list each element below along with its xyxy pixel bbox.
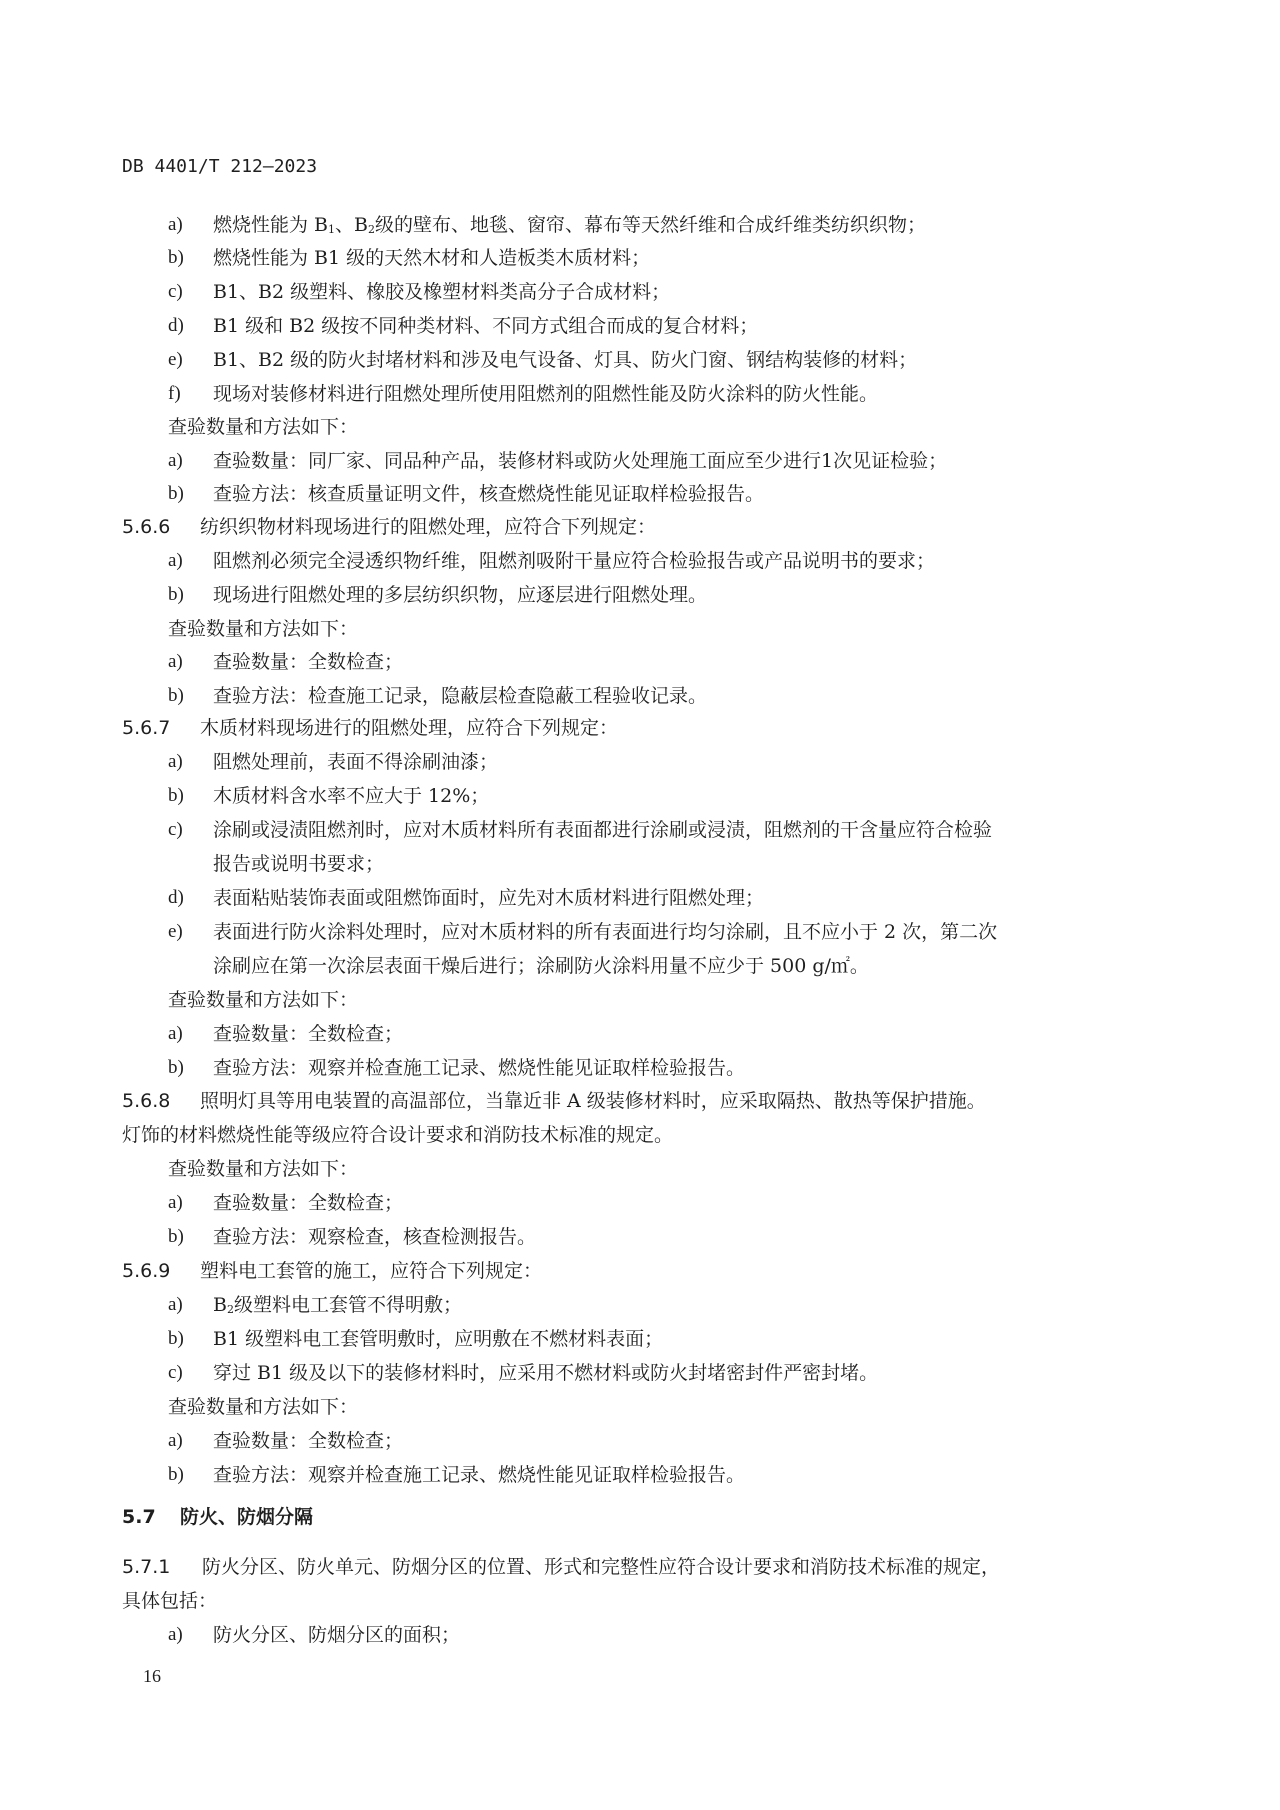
list-label: e) bbox=[168, 348, 183, 372]
list-label: a) bbox=[168, 1293, 183, 1317]
text-segment: 、B bbox=[335, 214, 368, 236]
section-number: 5.6.9 bbox=[122, 1259, 170, 1283]
list-label: a) bbox=[168, 549, 183, 573]
list-label: c) bbox=[168, 818, 183, 842]
section-number: 5.6.6 bbox=[122, 515, 170, 539]
text-segment: B bbox=[213, 1294, 227, 1316]
list-item: 防火分区、防烟分区的面积； bbox=[213, 1623, 460, 1647]
list-item: 木质材料含水率不应大于 12%； bbox=[213, 784, 489, 808]
list-label: b) bbox=[168, 1327, 184, 1351]
list-label: a) bbox=[168, 213, 183, 237]
list-item: 燃烧性能为 B1、B2级的壁布、地毯、窗帘、幕布等天然纤维和合成纤维类纺织织物； bbox=[213, 213, 926, 242]
list-item: 阻燃处理前，表面不得涂刷油漆； bbox=[213, 750, 498, 774]
list-label: b) bbox=[168, 1056, 184, 1080]
list-item: B1、B2 级的防火封堵材料和涉及电气设备、灯具、防火门窗、钢结构装修的材料； bbox=[213, 348, 917, 372]
list-label: b) bbox=[168, 246, 184, 270]
list-item-continuation: 涂刷应在第一次涂层表面干燥后进行；涂刷防火涂料用量不应少于 500 g/㎡。 bbox=[213, 954, 869, 978]
section-title: 防火分区、防火单元、防烟分区的位置、形式和完整性应符合设计要求和消防技术标准的规… bbox=[202, 1555, 1000, 1579]
check-title: 查验数量和方法如下： bbox=[168, 1157, 358, 1181]
list-item: 表面进行防火涂料处理时，应对木质材料的所有表面进行均匀涂刷，且不应小于 2 次，… bbox=[213, 920, 997, 944]
text-segment: 燃烧性能为 B bbox=[213, 214, 328, 236]
list-label: a) bbox=[168, 449, 183, 473]
check-item: 查验数量：全数检查； bbox=[213, 1022, 403, 1046]
list-item: 表面粘贴装饰表面或阻燃饰面时，应先对木质材料进行阻燃处理； bbox=[213, 886, 764, 910]
text-segment: 级的壁布、地毯、窗帘、幕布等天然纤维和合成纤维类纺织织物； bbox=[375, 214, 926, 236]
section-number: 5.6.7 bbox=[122, 716, 170, 740]
check-item: 查验方法：检查施工记录，隐蔽层检查隐蔽工程验收记录。 bbox=[213, 684, 707, 708]
section-number: 5.7 bbox=[122, 1505, 156, 1529]
section-title: 照明灯具等用电装置的高温部位，当靠近非 A 级装修材料时，应采取隔热、散热等保护… bbox=[200, 1089, 986, 1113]
list-label: f) bbox=[168, 382, 181, 406]
list-label: a) bbox=[168, 750, 183, 774]
list-label: a) bbox=[168, 1623, 183, 1647]
list-item: B2级塑料电工套管不得明敷； bbox=[213, 1293, 462, 1322]
check-item: 查验方法：核查质量证明文件，核查燃烧性能见证取样检验报告。 bbox=[213, 482, 764, 506]
subscript: 2 bbox=[368, 223, 375, 236]
section-number: 5.7.1 bbox=[122, 1555, 170, 1579]
list-label: d) bbox=[168, 314, 184, 338]
list-label: b) bbox=[168, 482, 184, 506]
page-number: 16 bbox=[143, 1666, 161, 1687]
list-label: c) bbox=[168, 1361, 183, 1385]
section-continuation: 灯饰的材料燃烧性能等级应符合设计要求和消防技术标准的规定。 bbox=[122, 1123, 673, 1147]
check-title: 查验数量和方法如下： bbox=[168, 1395, 358, 1419]
list-item: B1、B2 级塑料、橡胶及橡塑材料类高分子合成材料； bbox=[213, 280, 670, 304]
list-label: a) bbox=[168, 1429, 183, 1453]
list-item-continuation: 报告或说明书要求； bbox=[213, 852, 384, 876]
section-number: 5.6.8 bbox=[122, 1089, 170, 1113]
list-item: 穿过 B1 级及以下的装修材料时，应采用不燃材料或防火封堵密封件严密封堵。 bbox=[213, 1361, 878, 1385]
check-item: 查验方法：观察并检查施工记录、燃烧性能见证取样检验报告。 bbox=[213, 1463, 745, 1487]
list-label: b) bbox=[168, 583, 184, 607]
subscript: 2 bbox=[227, 1303, 234, 1316]
check-title: 查验数量和方法如下： bbox=[168, 988, 358, 1012]
check-item: 查验方法：观察并检查施工记录、燃烧性能见证取样检验报告。 bbox=[213, 1056, 745, 1080]
section-title: 纺织织物材料现场进行的阻燃处理，应符合下列规定： bbox=[200, 515, 656, 539]
check-item: 查验数量：同厂家、同品种产品，装修材料或防火处理施工面应至少进行1次见证检验； bbox=[213, 449, 947, 473]
list-label: b) bbox=[168, 1463, 184, 1487]
list-label: a) bbox=[168, 1022, 183, 1046]
list-item: B1 级和 B2 级按不同种类材料、不同方式组合而成的复合材料； bbox=[213, 314, 758, 338]
section-continuation: 具体包括： bbox=[122, 1589, 217, 1613]
section-title: 木质材料现场进行的阻燃处理，应符合下列规定： bbox=[200, 716, 618, 740]
check-item: 查验数量：全数检查； bbox=[213, 650, 403, 674]
check-item: 查验方法：观察检查，核查检测报告。 bbox=[213, 1225, 536, 1249]
list-item: 阻燃剂必须完全浸透织物纤维，阻燃剂吸附干量应符合检验报告或产品说明书的要求； bbox=[213, 549, 935, 573]
list-label: a) bbox=[168, 650, 183, 674]
text-segment: 级塑料电工套管不得明敷； bbox=[234, 1294, 462, 1316]
check-title: 查验数量和方法如下： bbox=[168, 415, 358, 439]
list-label: c) bbox=[168, 280, 183, 304]
list-item: 涂刷或浸渍阻燃剂时，应对木质材料所有表面都进行涂刷或浸渍，阻燃剂的干含量应符合检… bbox=[213, 818, 992, 842]
list-item: 现场进行阻燃处理的多层纺织织物，应逐层进行阻燃处理。 bbox=[213, 583, 707, 607]
check-item: 查验数量：全数检查； bbox=[213, 1191, 403, 1215]
check-item: 查验数量：全数检查； bbox=[213, 1429, 403, 1453]
list-item: 燃烧性能为 B1 级的天然木材和人造板类木质材料； bbox=[213, 246, 650, 270]
list-label: b) bbox=[168, 784, 184, 808]
list-label: b) bbox=[168, 1225, 184, 1249]
list-item: B1 级塑料电工套管明敷时，应明敷在不燃材料表面； bbox=[213, 1327, 663, 1351]
document-id-header: DB 4401/T 212—2023 bbox=[122, 155, 317, 179]
list-label: e) bbox=[168, 920, 183, 944]
check-title: 查验数量和方法如下： bbox=[168, 617, 358, 641]
subscript: 1 bbox=[328, 223, 335, 236]
list-label: a) bbox=[168, 1191, 183, 1215]
list-label: d) bbox=[168, 886, 184, 910]
list-label: b) bbox=[168, 684, 184, 708]
section-title: 塑料电工套管的施工，应符合下列规定： bbox=[200, 1259, 542, 1283]
list-item: 现场对装修材料进行阻燃处理所使用阻燃剂的阻燃性能及防火涂料的防火性能。 bbox=[213, 382, 878, 406]
section-heading: 防火、防烟分隔 bbox=[180, 1505, 313, 1529]
